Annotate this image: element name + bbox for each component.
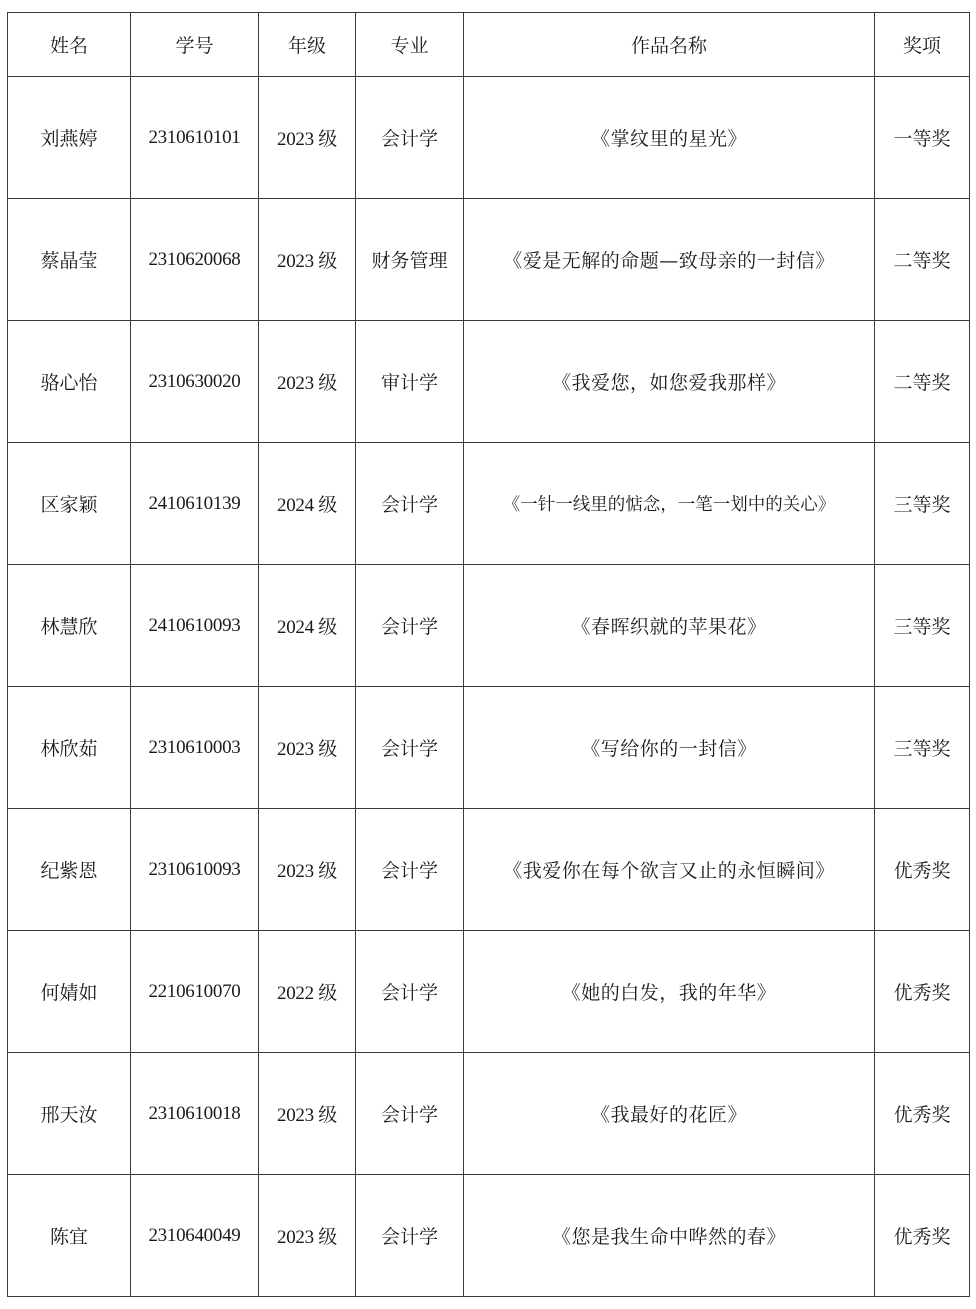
- cell-name: 林慧欣: [8, 565, 131, 687]
- cell-award: 二等奖: [875, 321, 970, 443]
- cell-major: 会计学: [356, 1175, 464, 1297]
- cell-award: 三等奖: [875, 565, 970, 687]
- cell-major: 财务管理: [356, 199, 464, 321]
- header-grade: 年级: [259, 13, 356, 77]
- cell-award: 一等奖: [875, 77, 970, 199]
- cell-student-id: 2310630020: [131, 321, 259, 443]
- cell-major: 会计学: [356, 687, 464, 809]
- table-row: 林欣茹 2310610003 2023 级 会计学 《写给你的一封信》 三等奖: [8, 687, 970, 809]
- cell-student-id: 2410610139: [131, 443, 259, 565]
- cell-name: 邢天汝: [8, 1053, 131, 1175]
- table-row: 区家颖 2410610139 2024 级 会计学 《一针一线里的惦念，一笔一划…: [8, 443, 970, 565]
- cell-grade: 2023 级: [259, 77, 356, 199]
- cell-work-title: 《我爱您，如您爱我那样》: [464, 321, 875, 443]
- cell-grade: 2023 级: [259, 809, 356, 931]
- cell-work-title: 《我爱你在每个欲言又止的永恒瞬间》: [464, 809, 875, 931]
- cell-name: 纪紫恩: [8, 809, 131, 931]
- table-row: 邢天汝 2310610018 2023 级 会计学 《我最好的花匠》 优秀奖: [8, 1053, 970, 1175]
- cell-work-title: 《爱是无解的命题—致母亲的一封信》: [464, 199, 875, 321]
- cell-award: 优秀奖: [875, 931, 970, 1053]
- header-major: 专业: [356, 13, 464, 77]
- cell-name: 区家颖: [8, 443, 131, 565]
- cell-award: 三等奖: [875, 687, 970, 809]
- cell-award: 优秀奖: [875, 1053, 970, 1175]
- table-row: 林慧欣 2410610093 2024 级 会计学 《春晖织就的苹果花》 三等奖: [8, 565, 970, 687]
- cell-student-id: 2310610018: [131, 1053, 259, 1175]
- cell-name: 林欣茹: [8, 687, 131, 809]
- cell-award: 优秀奖: [875, 1175, 970, 1297]
- cell-name: 蔡晶莹: [8, 199, 131, 321]
- table-row: 蔡晶莹 2310620068 2023 级 财务管理 《爱是无解的命题—致母亲的…: [8, 199, 970, 321]
- cell-work-title: 《春晖织就的苹果花》: [464, 565, 875, 687]
- cell-major: 会计学: [356, 1053, 464, 1175]
- cell-student-id: 2310610101: [131, 77, 259, 199]
- cell-award: 三等奖: [875, 443, 970, 565]
- cell-grade: 2022 级: [259, 931, 356, 1053]
- cell-grade: 2023 级: [259, 321, 356, 443]
- header-award: 奖项: [875, 13, 970, 77]
- cell-work-title: 《写给你的一封信》: [464, 687, 875, 809]
- cell-student-id: 2310610003: [131, 687, 259, 809]
- cell-major: 会计学: [356, 809, 464, 931]
- cell-work-title: 《一针一线里的惦念，一笔一划中的关心》: [464, 443, 875, 565]
- table-header-row: 姓名 学号 年级 专业 作品名称 奖项: [8, 13, 970, 77]
- cell-grade: 2023 级: [259, 1175, 356, 1297]
- cell-name: 陈宜: [8, 1175, 131, 1297]
- award-results-table: 姓名 学号 年级 专业 作品名称 奖项 刘燕婷 2310610101 2023 …: [7, 12, 970, 1297]
- cell-grade: 2023 级: [259, 1053, 356, 1175]
- table-row: 纪紫恩 2310610093 2023 级 会计学 《我爱你在每个欲言又止的永恒…: [8, 809, 970, 931]
- header-name: 姓名: [8, 13, 131, 77]
- cell-major: 会计学: [356, 443, 464, 565]
- cell-name: 何婧如: [8, 931, 131, 1053]
- table-row: 刘燕婷 2310610101 2023 级 会计学 《掌纹里的星光》 一等奖: [8, 77, 970, 199]
- cell-student-id: 2410610093: [131, 565, 259, 687]
- cell-student-id: 2210610070: [131, 931, 259, 1053]
- cell-name: 刘燕婷: [8, 77, 131, 199]
- cell-student-id: 2310640049: [131, 1175, 259, 1297]
- cell-major: 会计学: [356, 565, 464, 687]
- cell-work-title: 《掌纹里的星光》: [464, 77, 875, 199]
- cell-student-id: 2310610093: [131, 809, 259, 931]
- cell-name: 骆心怡: [8, 321, 131, 443]
- cell-grade: 2024 级: [259, 565, 356, 687]
- cell-grade: 2023 级: [259, 199, 356, 321]
- cell-work-title: 《她的白发，我的年华》: [464, 931, 875, 1053]
- cell-major: 会计学: [356, 77, 464, 199]
- cell-major: 会计学: [356, 931, 464, 1053]
- cell-grade: 2023 级: [259, 687, 356, 809]
- header-student-id: 学号: [131, 13, 259, 77]
- table-row: 陈宜 2310640049 2023 级 会计学 《您是我生命中哗然的春》 优秀…: [8, 1175, 970, 1297]
- cell-work-title: 《我最好的花匠》: [464, 1053, 875, 1175]
- header-work-title: 作品名称: [464, 13, 875, 77]
- table-row: 何婧如 2210610070 2022 级 会计学 《她的白发，我的年华》 优秀…: [8, 931, 970, 1053]
- cell-student-id: 2310620068: [131, 199, 259, 321]
- cell-major: 审计学: [356, 321, 464, 443]
- cell-award: 优秀奖: [875, 809, 970, 931]
- cell-work-title: 《您是我生命中哗然的春》: [464, 1175, 875, 1297]
- table-row: 骆心怡 2310630020 2023 级 审计学 《我爱您，如您爱我那样》 二…: [8, 321, 970, 443]
- cell-award: 二等奖: [875, 199, 970, 321]
- cell-grade: 2024 级: [259, 443, 356, 565]
